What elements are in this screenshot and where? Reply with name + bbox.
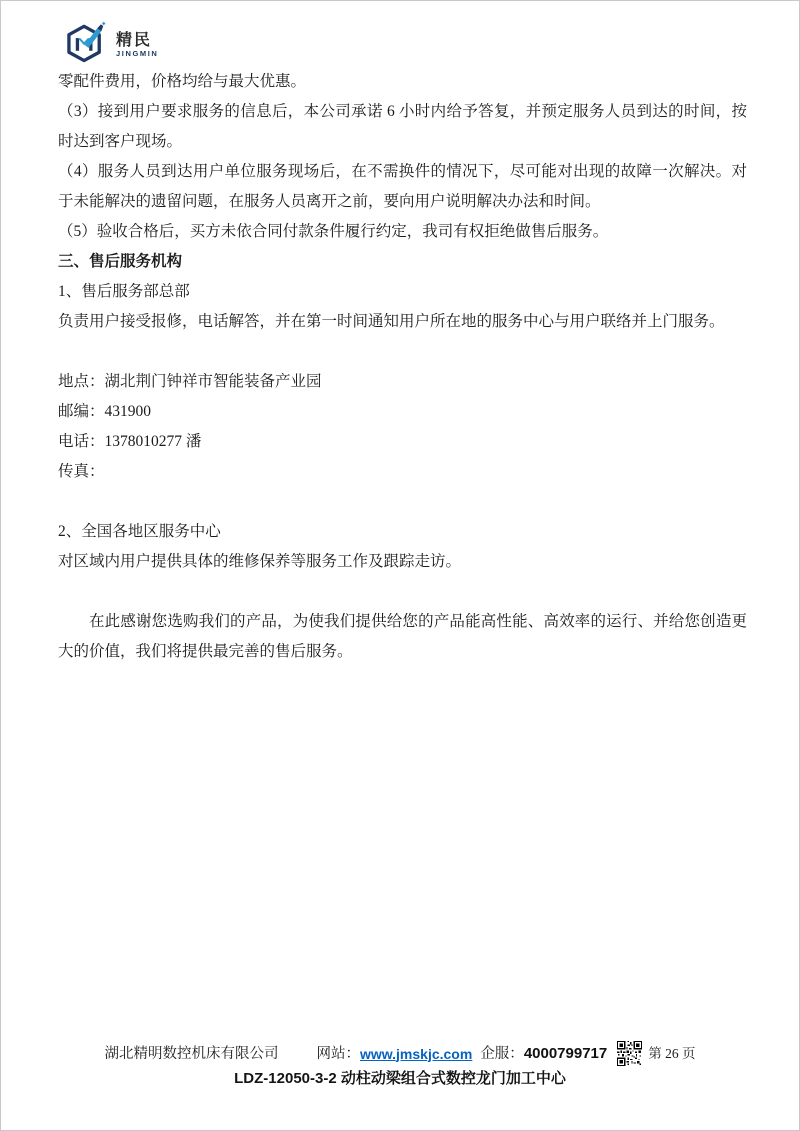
footer-service-label: 企服：	[480, 1043, 524, 1065]
line-fax: 传真：	[58, 457, 747, 487]
qr-code-icon	[617, 1041, 642, 1066]
footer-company-name: 湖北精明数控机床有限公司	[105, 1043, 279, 1065]
paragraph-service-hq-desc: 负责用户接受报修，电话解答，并在第一时间通知用户所在地的服务中心与用户联络并上门…	[58, 307, 747, 337]
line-zipcode: 邮编：431900	[58, 397, 747, 427]
paragraph-spare-parts: 零配件费用，价格均给与最大优惠。	[58, 67, 747, 97]
section-heading-aftersales-org: 三、售后服务机构	[58, 247, 747, 277]
line-phone: 电话：1378010277 潘	[58, 427, 747, 457]
footer-website-label: 网站：	[317, 1043, 361, 1065]
page-footer: 湖北精明数控机床有限公司 网站： www.jmskjc.com 企服： 4000…	[1, 1041, 799, 1088]
document-page: 精民 JINGMIN 零配件费用，价格均给与最大优惠。 （3）接到用户要求服务的…	[0, 0, 800, 1131]
footer-service-phone: 4000799717	[524, 1043, 607, 1065]
document-body: 零配件费用，价格均给与最大优惠。 （3）接到用户要求服务的信息后，本公司承诺 6…	[58, 67, 747, 667]
paragraph-item-3: （3）接到用户要求服务的信息后，本公司承诺 6 小时内给予答复，并预定服务人员到…	[58, 97, 747, 157]
logo-brand-en: JINGMIN	[116, 49, 158, 59]
logo-brand-cn: 精民	[116, 33, 158, 49]
footer-website-link[interactable]: www.jmskjc.com	[360, 1043, 472, 1065]
footer-info-line: 湖北精明数控机床有限公司 网站： www.jmskjc.com 企服： 4000…	[1, 1041, 799, 1066]
subsection-title-regional-centers: 2、全国各地区服务中心	[58, 517, 747, 547]
paragraph-item-4: （4）服务人员到达用户单位服务现场后，在不需换件的情况下，尽可能对出现的故障一次…	[58, 157, 747, 217]
paragraph-closing: 在此感谢您选购我们的产品，为使我们提供给您的产品能高性能、高效率的运行、并给您创…	[58, 607, 747, 667]
paragraph-regional-desc: 对区域内用户提供具体的维修保养等服务工作及跟踪走访。	[58, 547, 747, 577]
company-logo: 精民 JINGMIN	[64, 20, 158, 63]
logo-wordmark: 精民 JINGMIN	[116, 33, 158, 59]
footer-page-number: 第 26 页	[648, 1043, 695, 1065]
paragraph-item-5: （5）验收合格后，买方未依合同付款条件履行约定，我司有权拒绝做售后服务。	[58, 217, 747, 247]
footer-model-line: LDZ-12050-3-2 动柱动梁组合式数控龙门加工中心	[1, 1067, 799, 1088]
logo-hexagon-icon	[64, 20, 111, 63]
subsection-title-service-hq: 1、售后服务部总部	[58, 277, 747, 307]
line-address: 地点：湖北荆门钟祥市智能装备产业园	[58, 367, 747, 397]
